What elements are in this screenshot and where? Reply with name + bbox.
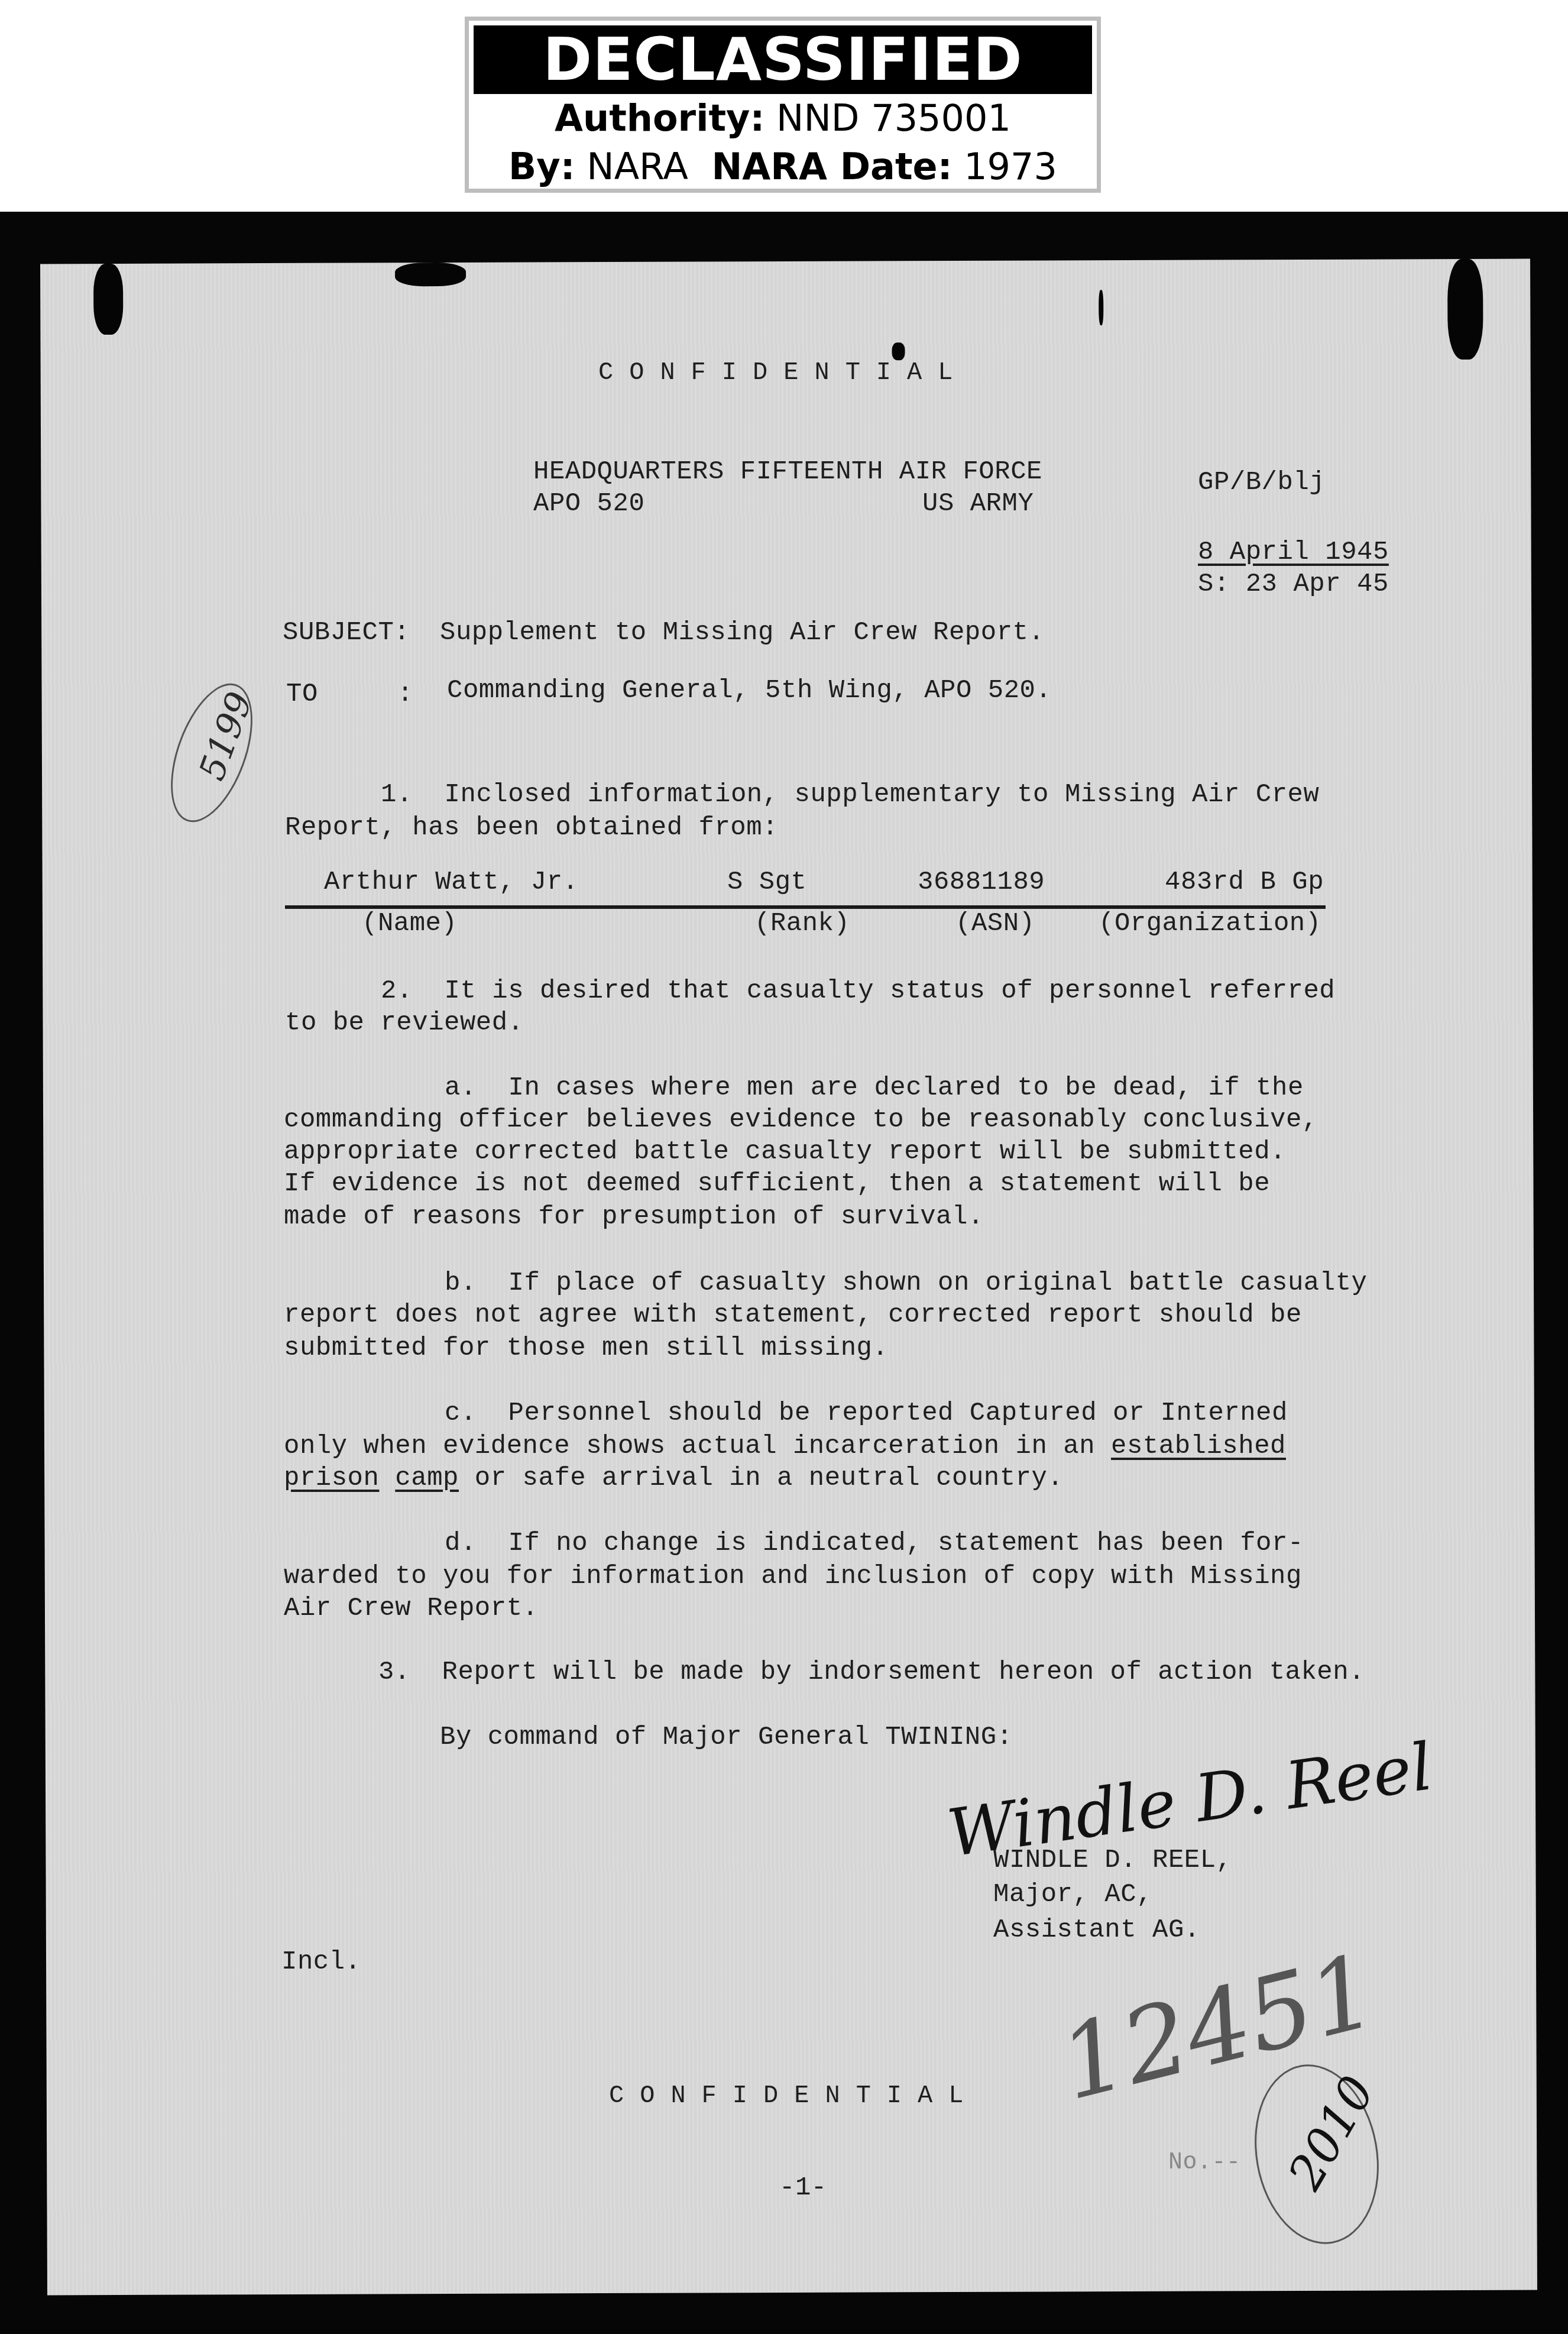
para2b-line3: submitted for those men still missing. xyxy=(284,1332,888,1365)
ink-blot xyxy=(93,264,123,335)
reference-code: GP/B/blj xyxy=(1198,466,1325,499)
para1-line2: Report, has been obtained from: xyxy=(285,811,778,844)
stamp-by-date: By: NARA NARA Date: 1973 xyxy=(469,143,1097,191)
annotation-no-label: No.-- xyxy=(1168,2147,1241,2180)
classification-top: CONFIDENTIAL xyxy=(598,356,968,389)
para3: 3. Report will be made by indorsement he… xyxy=(378,1656,1365,1689)
stamp-by-value: NARA xyxy=(587,145,688,188)
suspense-date: S: 23 Apr 45 xyxy=(1198,568,1389,601)
declassification-stamp: DECLASSIFIED Authority: NND 735001 By: N… xyxy=(465,17,1101,193)
para2-line1: 2. It is desired that casualty status of… xyxy=(381,975,1335,1008)
source-organization: 483rd B Gp xyxy=(1165,866,1324,899)
page-number: -1- xyxy=(779,2171,827,2204)
para2d-line2: warded to you for information and inclus… xyxy=(284,1560,1302,1593)
para2c-line2-text: only when evidence shows actual incarcer… xyxy=(284,1432,1111,1461)
para2a-line4: If evidence is not deemed sufficient, th… xyxy=(284,1167,1270,1200)
org-apo: APO 520 xyxy=(533,487,644,520)
para2c-line3-text: or safe arrival in a neutral country. xyxy=(459,1464,1063,1493)
source-organization-label: (Organization) xyxy=(1099,907,1321,940)
underlined-prison: prison xyxy=(284,1464,379,1493)
command-line: By command of Major General TWINING: xyxy=(440,1721,1013,1754)
subject-text: Supplement to Missing Air Crew Report. xyxy=(440,616,1044,649)
classification-bottom: CONFIDENTIAL xyxy=(609,2079,979,2112)
ink-blot xyxy=(1099,290,1103,325)
document-date: 8 April 1945 xyxy=(1198,536,1389,569)
subject-label: SUBJECT: xyxy=(283,616,410,649)
to-recipient: Commanding General, 5th Wing, APO 520. xyxy=(447,674,1051,707)
source-rank: S Sgt xyxy=(727,866,807,899)
source-asn: 36881189 xyxy=(918,866,1045,899)
para2a-line5: made of reasons for presumption of survi… xyxy=(284,1200,984,1234)
underlined-camp: camp xyxy=(395,1464,459,1493)
to-colon: : xyxy=(397,678,413,711)
para2c-line2: only when evidence shows actual incarcer… xyxy=(284,1430,1286,1463)
to-label: TO xyxy=(286,678,318,711)
ink-blot xyxy=(1447,259,1483,360)
underlined-established: established xyxy=(1111,1432,1286,1461)
source-rank-label: (Rank) xyxy=(754,907,850,940)
org-line-1: HEADQUARTERS FIFTEENTH AIR FORCE xyxy=(533,455,1042,488)
source-name-label: (Name) xyxy=(362,907,457,940)
stamp-authority: Authority: NND 735001 xyxy=(469,94,1097,143)
stamp-date-value: 1973 xyxy=(964,145,1057,188)
org-us-army: US ARMY xyxy=(922,487,1034,520)
para1-line1: 1. Inclosed information, supplementary t… xyxy=(381,778,1319,811)
source-asn-label: (ASN) xyxy=(955,907,1035,940)
para2b-line1: b. If place of casualty shown on origina… xyxy=(445,1267,1367,1300)
para2c-line3: prison camp or safe arrival in a neutral… xyxy=(284,1462,1063,1495)
spacer xyxy=(379,1464,395,1493)
para2d-line1: d. If no change is indicated, statement … xyxy=(445,1527,1304,1560)
stamp-date-label: NARA Date: xyxy=(711,145,952,188)
inclosure-note: Incl. xyxy=(281,1945,361,1979)
source-name: Arthur Watt, Jr. xyxy=(324,866,578,899)
para2a-line2: commanding officer believes evidence to … xyxy=(284,1103,1318,1137)
signer-rank: Major, AC, xyxy=(993,1878,1152,1911)
para2a-line1: a. In cases where men are declared to be… xyxy=(445,1071,1304,1105)
para2-line2: to be reviewed. xyxy=(285,1006,524,1040)
signer-title: Assistant AG. xyxy=(993,1914,1200,1947)
para2d-line3: Air Crew Report. xyxy=(284,1592,538,1625)
stamp-title: DECLASSIFIED xyxy=(474,25,1092,94)
stamp-authority-label: Authority: xyxy=(555,96,764,140)
para2a-line3: appropriate corrected battle casualty re… xyxy=(284,1135,1286,1168)
para2c-line1: c. Personnel should be reported Captured… xyxy=(445,1397,1288,1430)
signer-name: WINDLE D. REEL, xyxy=(993,1844,1232,1877)
para2b-line2: report does not agree with statement, co… xyxy=(284,1299,1302,1332)
ink-blot xyxy=(395,263,466,286)
stamp-by-label: By: xyxy=(508,145,575,188)
stamp-authority-value: NND 735001 xyxy=(776,96,1011,140)
